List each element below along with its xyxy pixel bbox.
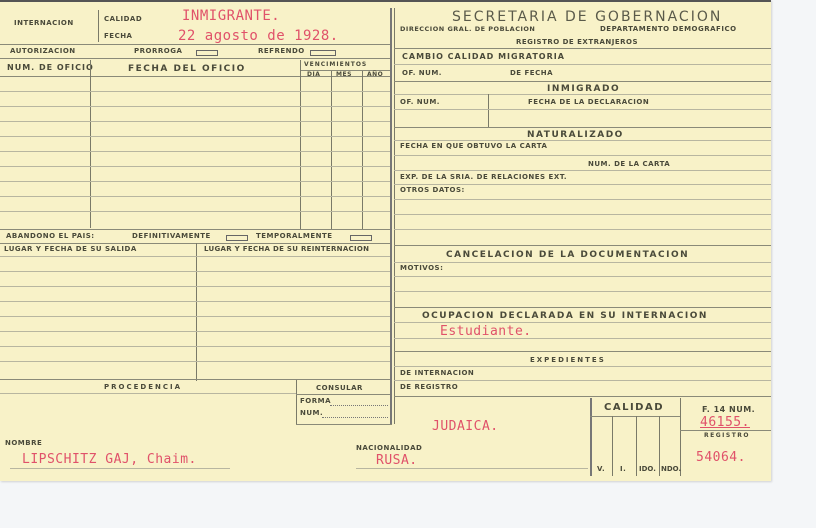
- definitivamente-checkbox[interactable]: [226, 235, 248, 241]
- rule: [394, 199, 771, 200]
- rule: [394, 214, 771, 215]
- rule: [394, 64, 771, 65]
- rule: [0, 393, 296, 394]
- fecha-label: FECHA: [104, 32, 132, 40]
- inmigrado-of-num-label: OF. NUM.: [400, 98, 440, 106]
- de-internacion-label: DE INTERNACION: [400, 369, 474, 377]
- calidad-box-title: CALIDAD: [604, 402, 664, 413]
- divider: [636, 416, 637, 476]
- divider: [300, 60, 301, 230]
- rule: [0, 151, 392, 152]
- divider: [488, 94, 489, 127]
- center-divider: [394, 8, 395, 424]
- rule: [0, 331, 392, 332]
- rule: [0, 166, 392, 167]
- rule: [296, 424, 392, 425]
- de-registro-label: DE REGISTRO: [400, 383, 458, 391]
- divider: [612, 416, 613, 476]
- rule: [394, 322, 771, 323]
- card-top-edge: [0, 0, 771, 2]
- forma-field[interactable]: [330, 405, 388, 406]
- lugar-reinternacion-header: LUGAR Y FECHA DE SU REINTERNACION: [204, 245, 369, 253]
- registro-label: REGISTRO: [704, 432, 750, 439]
- rule: [0, 196, 392, 197]
- rule: [394, 229, 771, 230]
- rule: [296, 394, 392, 395]
- nombre-value: LIPSCHITZ GAJ, Chaim.: [22, 452, 197, 467]
- rule: [394, 262, 771, 263]
- rule: [394, 170, 771, 171]
- calidad-col-i: I.: [620, 465, 626, 473]
- rule: [680, 430, 771, 431]
- fecha-value: 22 agosto de 1928.: [178, 28, 339, 44]
- center-divider: [390, 8, 392, 424]
- ocupacion-title: OCUPACION DECLARADA EN SU INTERNACION: [422, 311, 708, 321]
- cambio-of-num-label: OF. NUM.: [402, 69, 442, 77]
- f14-label: F. 14 NUM.: [702, 405, 755, 414]
- cambio-title: CAMBIO CALIDAD MIGRATORIA: [402, 52, 565, 61]
- rule: [0, 181, 392, 182]
- divider: [590, 398, 592, 476]
- calidad-col-v: V.: [597, 465, 605, 473]
- naturalizado-title: NATURALIZADO: [527, 130, 624, 140]
- refrendo-label: REFRENDO: [258, 47, 305, 55]
- rule: [394, 48, 771, 49]
- agency-title: SECRETARIA DE GOBERNACION: [452, 9, 722, 25]
- motivos-label: MOTIVOS:: [400, 264, 443, 272]
- rule: [0, 229, 392, 230]
- rule: [0, 121, 392, 122]
- ocupacion-value: Estudiante.: [440, 324, 532, 339]
- consular-label: CONSULAR: [316, 384, 363, 392]
- rule: [0, 271, 392, 272]
- procedencia-label: PROCEDENCIA: [104, 383, 182, 391]
- rule: [394, 351, 771, 352]
- nacionalidad-value: RUSA.: [376, 453, 418, 468]
- rule: [394, 140, 771, 141]
- rule: [394, 307, 771, 308]
- nombre-label: NOMBRE: [5, 439, 42, 447]
- num-carta-label: NUM. DE LA CARTA: [588, 160, 670, 168]
- rule: [356, 468, 588, 469]
- nacionalidad-label: NACIONALIDAD: [356, 444, 422, 452]
- rule: [394, 245, 771, 246]
- calidad-col-ndo: NDO.: [661, 465, 681, 473]
- departamento-label: DEPARTAMENTO DEMOGRAFICO: [600, 25, 737, 33]
- rule: [394, 155, 771, 156]
- lugar-salida-header: LUGAR Y FECHA DE SU SALIDA: [4, 245, 137, 253]
- exp-sria-label: EXP. DE LA SRIA. DE RELACIONES EXT.: [400, 173, 567, 181]
- religion-value: JUDAICA.: [432, 419, 499, 434]
- calidad-col-ido: IDO.: [639, 465, 656, 473]
- direccion-label: DIRECCION GRAL. DE POBLACION: [400, 25, 535, 33]
- rule: [0, 136, 392, 137]
- rule: [0, 106, 392, 107]
- rule: [0, 301, 392, 302]
- calidad-value: INMIGRANTE.: [182, 8, 280, 24]
- temporalmente-checkbox[interactable]: [350, 235, 372, 241]
- rule: [0, 256, 392, 257]
- rule: [0, 91, 392, 92]
- registro-extranjeros-label: REGISTRO DE EXTRANJEROS: [516, 38, 638, 46]
- rule: [10, 468, 230, 469]
- rule: [0, 346, 392, 347]
- temporalmente-label: TEMPORALMENTE: [256, 232, 333, 240]
- rule: [394, 94, 771, 95]
- internacion-label: INTERNACION: [14, 19, 74, 27]
- rule: [0, 44, 392, 45]
- rule: [394, 276, 771, 277]
- divider: [90, 60, 91, 228]
- definitivamente-label: DEFINITIVAMENTE: [132, 232, 211, 240]
- fecha-carta-label: FECHA EN QUE OBTUVO LA CARTA: [400, 142, 547, 150]
- fecha-declaracion-label: FECHA DE LA DECLARACION: [528, 98, 649, 106]
- rule: [0, 379, 392, 380]
- num-oficio-header: NUM. DE OFICIO: [7, 63, 94, 72]
- prorroga-label: PRORROGA: [134, 47, 182, 55]
- forma-label: FORMA: [300, 397, 331, 405]
- rule: [394, 338, 771, 339]
- rule: [394, 81, 771, 82]
- divider: [98, 10, 99, 42]
- autorizacion-label: AUTORIZACION: [10, 47, 76, 55]
- expedientes-title: EXPEDIENTES: [530, 356, 606, 364]
- rule: [394, 396, 771, 397]
- abandono-label: ABANDONO EL PAIS:: [6, 232, 95, 240]
- cancelacion-title: CANCELACION DE LA DOCUMENTACION: [446, 250, 689, 260]
- registro-value: 54064.: [696, 450, 746, 465]
- rule: [0, 211, 392, 212]
- fecha-oficio-header: FECHA DEL OFICIO: [128, 64, 246, 74]
- f14-value: 46155.: [700, 415, 750, 430]
- num-label: NUM.: [300, 409, 323, 417]
- registration-card: INTERNACION CALIDAD INMIGRANTE. FECHA 22…: [0, 0, 771, 481]
- rule: [590, 416, 680, 417]
- cambio-de-fecha-label: DE FECHA: [510, 69, 553, 77]
- otros-datos-label: OTROS DATOS:: [400, 186, 465, 194]
- calidad-label: CALIDAD: [104, 15, 142, 23]
- rule: [0, 361, 392, 362]
- rule: [0, 316, 392, 317]
- vencimientos-header: VENCIMIENTOS: [304, 61, 367, 68]
- inmigrado-title: INMIGRADO: [547, 84, 620, 94]
- divider: [659, 416, 660, 476]
- rule: [0, 286, 392, 287]
- refrendo-checkbox[interactable]: [310, 50, 336, 56]
- rule: [394, 184, 771, 185]
- rule: [0, 76, 392, 77]
- rule: [394, 127, 771, 128]
- divider: [296, 380, 297, 424]
- rule: [394, 109, 771, 110]
- num-field[interactable]: [322, 417, 388, 418]
- rule: [394, 291, 771, 292]
- rule: [394, 380, 771, 381]
- prorroga-checkbox[interactable]: [196, 50, 218, 56]
- rule: [394, 366, 771, 367]
- rule: [0, 58, 392, 59]
